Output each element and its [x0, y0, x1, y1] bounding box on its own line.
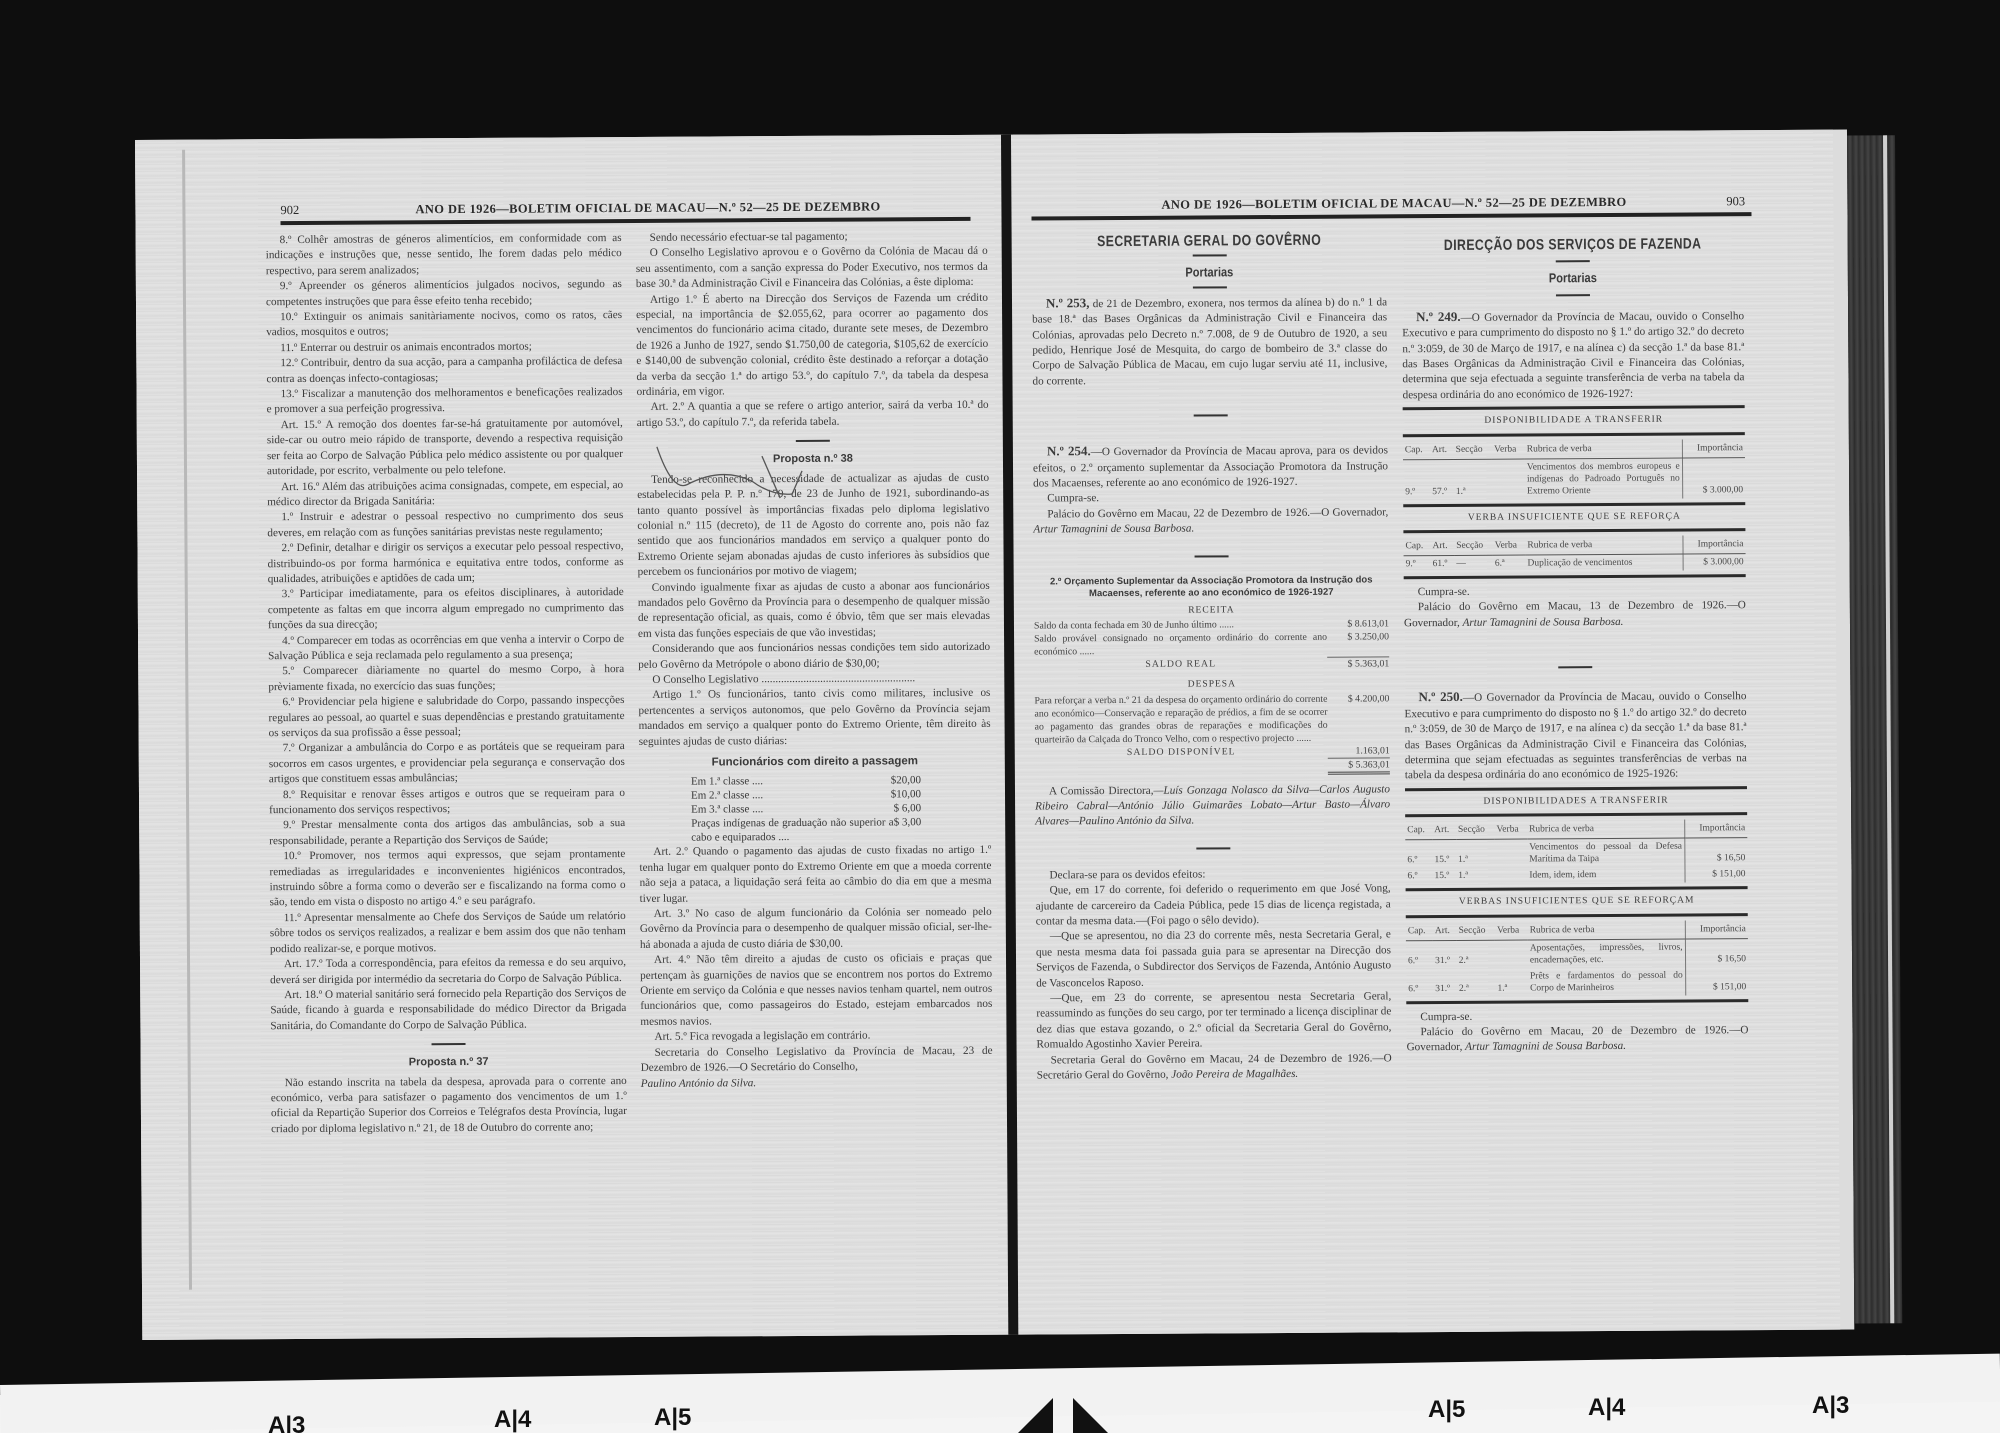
ledger-row: Saldo provável consignado no orçamento o… — [1034, 630, 1389, 658]
fees-title: Funcionários com direito a passagem — [639, 754, 991, 772]
fee-row: Em 2.ª classe ....$10,00 — [691, 788, 921, 803]
section-divider — [796, 440, 830, 442]
saldo-disponivel-row: SALDO DISPONÍVEL1.163,01 $ 5.363,01 — [1035, 744, 1390, 776]
left-column-2: Sendo necessário efectuar-se tal pagamen… — [636, 229, 993, 1092]
orcamento-title: 2.º Orçamento Suplementar da Associação … — [1034, 574, 1389, 600]
p249-reforco-table: Cap.Art.SecçãoVerbaRubrica de verbaImpor… — [1403, 535, 1745, 572]
article-paragraph: 6.º Providenciar pela higiene e salubrid… — [268, 693, 624, 741]
article-paragraph: Art. 2.º Quando o pagamento das ajudas d… — [639, 843, 991, 907]
p249-disponibilidade-table: Cap.Art.SecçãoVerbaRubrica de verbaImpor… — [1403, 439, 1745, 500]
left-page: 902 ANO DE 1926—BOLETIM OFICIAL DE MACAU… — [135, 135, 1010, 1340]
frame-marker: A|3 — [268, 1412, 305, 1433]
article-paragraph: 11.º Apresentar mensalmente ao Chefe dos… — [270, 909, 626, 957]
proposta-37-title: Proposta n.º 37 — [271, 1054, 627, 1072]
article-paragraph: 5.º Comparecer diàriamente no quartel do… — [268, 662, 624, 695]
portarias-heading: Portarias — [1058, 264, 1360, 281]
p250-reforco-table: Cap.Art.SecçãoVerbaRubrica de verbaImpor… — [1406, 920, 1748, 997]
article-paragraph: O Conselho Legislativo aprovou e o Govêr… — [636, 244, 988, 292]
declaration-item: —Que se apresentou, no dia 23 do corrent… — [1036, 928, 1391, 992]
microfilm-scan: 902 ANO DE 1926—BOLETIM OFICIAL DE MACAU… — [135, 130, 1854, 1340]
portaria-250-closing: Palácio do Govêrno em Macau, 20 de Dezem… — [1406, 1023, 1748, 1056]
table-row: 6.º31.º2.ªAposentações, impressões, livr… — [1406, 938, 1748, 969]
table-rule — [1406, 999, 1748, 1004]
p250-disponibilidades-table: Cap.Art.SecçãoVerbaRubrica de verbaImpor… — [1405, 819, 1747, 884]
article-paragraph: Art. 16.º Além das atribuições acima con… — [267, 478, 623, 511]
table-row: 9.º57.º1.ªVencimentos dos membros europe… — [1403, 457, 1745, 500]
receita-ledger: Saldo da conta fechada em 30 de Junho úl… — [1034, 617, 1389, 658]
article-paragraph: 1.º Instruir e adestrar o pessoal respec… — [267, 508, 623, 541]
page-number-right: 903 — [1726, 194, 1745, 209]
declaracoes-list: Que, em 17 do corrente, foi deferido o r… — [1036, 881, 1392, 1053]
proposta-38-title: Proposta n.º 38 — [637, 451, 989, 469]
proposta-36-articles: Sendo necessário efectuar-se tal pagamen… — [636, 229, 989, 431]
orcamento-total: $ 5.363,01 — [1328, 757, 1390, 774]
p249-table-2-title: VERBA INSUFICIENTE QUE SE REFORÇA — [1403, 509, 1745, 526]
table-rule — [1405, 812, 1747, 817]
signature-paulino: Paulino António da Silva. — [641, 1074, 993, 1092]
section-divider — [432, 1043, 466, 1045]
header-rule — [280, 217, 970, 225]
left-column-1: 8.º Colhêr amostras de géneros alimentíc… — [266, 231, 628, 1137]
article-paragraph: Art. 3.º No caso de algum funcionário da… — [640, 905, 992, 953]
article-paragraph: 8.º Colhêr amostras de géneros alimentíc… — [266, 231, 622, 279]
running-head-left: ANO DE 1926—BOLETIM OFICIAL DE MACAU—N.º… — [415, 199, 880, 217]
fazenda-column: DIRECÇÃO DOS SERVIÇOS DE FAZENDA Portari… — [1402, 236, 1749, 1056]
frame-marker: A|5 — [1428, 1396, 1465, 1424]
saldo-real-row: SALDO REAL$ 5.363,01 — [1034, 656, 1389, 672]
table-rule — [1403, 502, 1745, 507]
article-paragraph: 2.º Definir, detalhar e dirigir os servi… — [267, 539, 623, 587]
table-rule — [1403, 432, 1745, 437]
despesa-ledger: Para reforçar a verba n.º 21 da despesa … — [1034, 692, 1389, 746]
article-paragraph: 8.º Requisitar e renovar êsses artigos e… — [269, 786, 625, 819]
portarias-heading: Portarias — [1427, 270, 1718, 287]
article-paragraph: 4.º Comparecer em todas as ocorrências e… — [268, 632, 624, 665]
divider — [1558, 666, 1592, 668]
comissao-directora: A Comissão Directora,—Luís Gonzaga Nolas… — [1035, 782, 1390, 830]
table-rule — [1403, 528, 1745, 533]
declaracoes-closing: Secretaria Geral do Govêrno em Macau, 24… — [1037, 1051, 1392, 1084]
article-paragraph: 3.º Participar imediatamente, para os ef… — [268, 585, 624, 633]
article-paragraph: 9.º Apreender os géneros alimentícios ju… — [266, 277, 622, 310]
portaria-250: N.º 250.—O Governador da Província de Ma… — [1404, 687, 1747, 784]
article-paragraph: Artigo 1.º É aberto na Direcção dos Serv… — [636, 290, 989, 400]
page-number-left: 902 — [280, 203, 299, 218]
article-paragraph: Art. 18.º O material sanitário será forn… — [270, 986, 626, 1034]
proposta-38-articles: Art. 2.º Quando o pagamento das ajudas d… — [639, 843, 992, 1076]
divider — [1193, 415, 1227, 417]
article-paragraph: 7.º Organizar a ambulância do Corpo e as… — [269, 739, 625, 787]
article-paragraph: Art. 15.º A remoção dos doentes far-se-h… — [267, 416, 623, 480]
article-paragraph: 10.º Extinguir os animais sanitàriamente… — [266, 308, 622, 341]
secretaria-column: SECRETARIA GERAL DO GOVÊRNO Portarias N.… — [1032, 232, 1392, 1084]
frame-marker: A|4 — [1588, 1394, 1625, 1422]
binding-edge — [182, 150, 192, 1290]
secretaria-heading: SECRETARIA GERAL DO GOVÊRNO — [1064, 233, 1355, 250]
portaria-254-closing: Palácio do Govêrno em Macau, 22 de Dezem… — [1033, 505, 1388, 538]
portaria-249-closing: Palácio do Govêrno em Macau, 13 de Dezem… — [1404, 599, 1746, 632]
table-rule — [1404, 574, 1746, 579]
frame-marker: A|3 — [1812, 1392, 1849, 1420]
table-row: 6.º15.º1.ªIdem, idem, idem$ 151,00 — [1405, 866, 1747, 884]
table-row: 9.º61.º—6.ªDuplicação de vencimentos$ 3.… — [1404, 554, 1746, 573]
table-row: 6.º15.º1.ªVencimentos do pessoal da Defe… — [1405, 838, 1747, 869]
frame-marker: A|5 — [654, 1404, 691, 1432]
table-row: 6.º31.º2.ª1.ªPrêts e fardamentos do pess… — [1406, 967, 1748, 997]
divider — [1192, 286, 1226, 288]
proposta-37-text: Não estando inscrita na tabela da despes… — [271, 1074, 627, 1138]
fees-table: Em 1.ª classe ....$20,00Em 2.ª classe ..… — [691, 774, 921, 845]
article-paragraph: Convindo igualmente fixar as ajudas de c… — [638, 578, 990, 642]
article-paragraph: 12.º Contribuir, dentro da sua acção, pa… — [266, 354, 622, 387]
fee-row: Em 1.ª classe ....$20,00 — [691, 774, 921, 789]
header-rule — [1031, 212, 1751, 220]
divider — [1556, 261, 1590, 263]
article-paragraph: Artigo 1.º Os funcionários, tanto civis … — [638, 686, 990, 750]
table-rule — [1405, 786, 1747, 791]
divider — [1192, 255, 1226, 257]
table-rule — [1406, 913, 1748, 918]
declaration-item: Que, em 17 do corrente, foi deferido o r… — [1036, 881, 1391, 929]
article-paragraph: Art. 4.º Não têm direito a ajudas de cus… — [640, 951, 992, 1030]
portaria-254: N.º 254.—O Governador da Província de Ma… — [1033, 442, 1388, 492]
table-rule — [1406, 886, 1748, 891]
centering-arrows-icon — [1013, 1398, 1113, 1433]
regulation-articles: 8.º Colhêr amostras de géneros alimentíc… — [266, 231, 627, 1034]
article-paragraph: Secretaria do Conselho Legislativo da Pr… — [641, 1043, 993, 1076]
divider — [1196, 847, 1230, 849]
p249-table-1-title: DISPONIBILIDADE A TRANSFERIR — [1403, 412, 1745, 429]
page-edge-stack — [1847, 135, 1902, 1323]
frame-marker: A|4 — [494, 1406, 531, 1433]
article-paragraph: 9.º Prestar mensalmente conta dos artigo… — [269, 816, 625, 849]
proposta-38-text: Tendo-se reconhecido a necessidade de ac… — [637, 470, 991, 749]
article-paragraph: Art. 17.º Toda a correspondência, para e… — [270, 955, 626, 988]
fazenda-heading: DIRECÇÃO DOS SERVIÇOS DE FAZENDA — [1432, 236, 1713, 253]
p250-table-2-title: VERBAS INSUFICIENTES QUE SE REFORÇAM — [1406, 893, 1748, 910]
declaration-item: —Que, em 23 do corrente, se apresentou n… — [1036, 989, 1391, 1053]
article-paragraph: 13.º Fiscalizar a manutenção dos melhora… — [267, 385, 623, 418]
running-head-right: ANO DE 1926—BOLETIM OFICIAL DE MACAU—N.º… — [1161, 195, 1626, 213]
ledger-row: Para reforçar a verba n.º 21 da despesa … — [1034, 692, 1389, 746]
article-paragraph: Considerando que aos funcionários nessas… — [638, 640, 990, 673]
fee-row: Em 3.ª classe ....$ 6,00 — [691, 802, 921, 817]
portaria-249: N.º 249.—O Governador da Província de Ma… — [1402, 307, 1745, 404]
p250-table-1-title: DISPONIBILIDADES A TRANSFERIR — [1405, 793, 1747, 810]
article-paragraph: Art. 2.º A quantia a que se refere o art… — [637, 398, 989, 431]
right-page: ANO DE 1926—BOLETIM OFICIAL DE MACAU—N.º… — [1011, 130, 1840, 1335]
divider — [1194, 555, 1228, 557]
article-paragraph: Tendo-se reconhecido a necessidade de ac… — [637, 470, 990, 580]
table-rule — [1403, 405, 1745, 410]
article-paragraph: 10.º Promover, nos termos aqui expressos… — [269, 847, 625, 911]
divider — [1556, 294, 1590, 296]
fee-row: Praças indígenas de graduação não superi… — [691, 816, 921, 845]
portaria-253: N.º 253, de 21 de Dezembro, exonera, nos… — [1032, 293, 1388, 390]
